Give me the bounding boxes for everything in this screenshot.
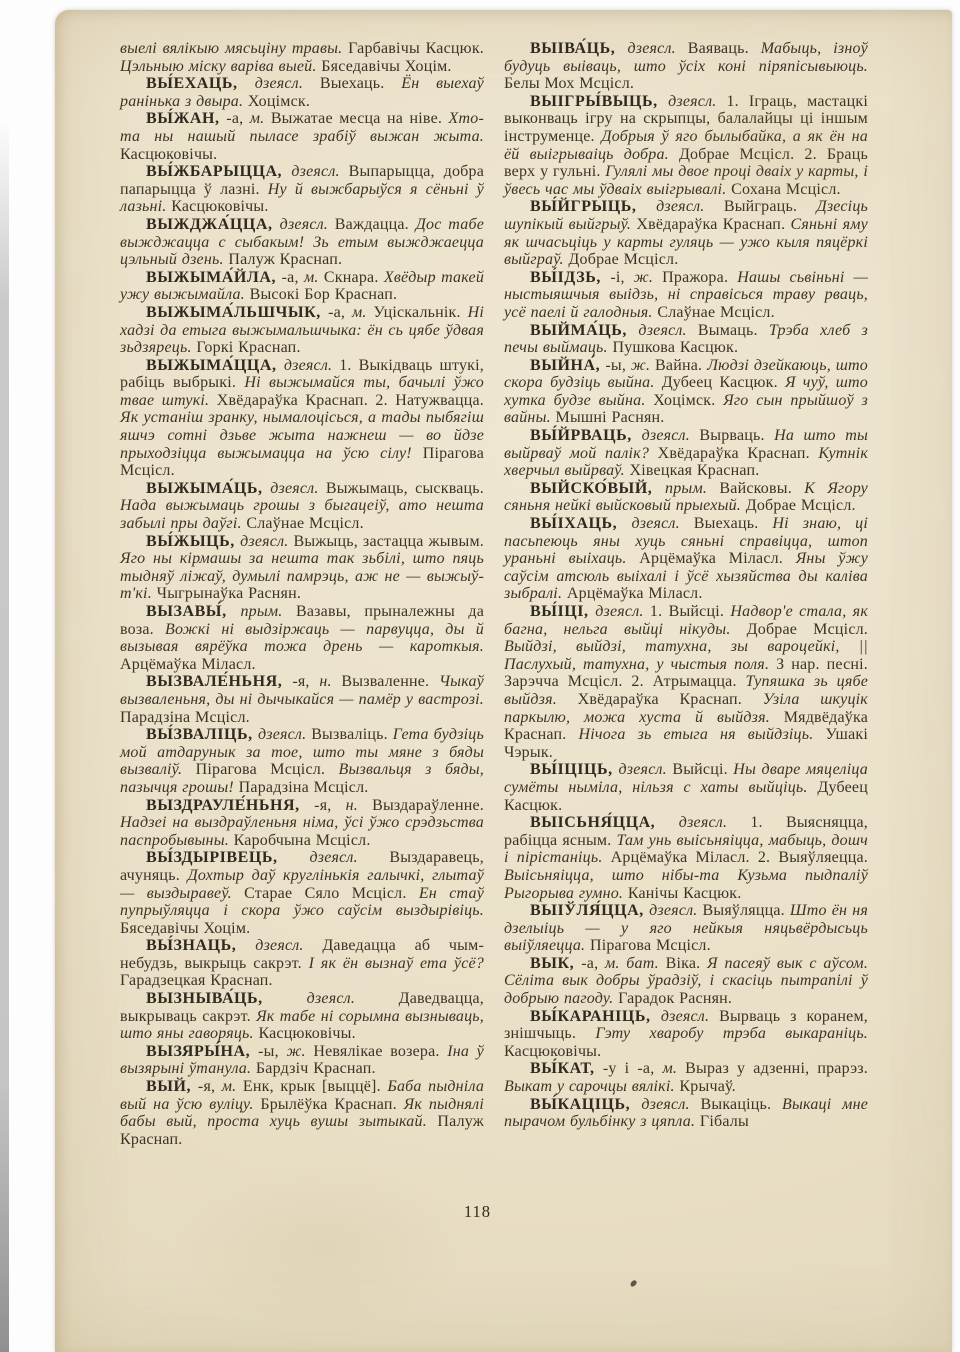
headword: ВЫЗНЫВА́ЦЬ,	[146, 990, 307, 1007]
definition-text: Касцюковічы.	[171, 198, 268, 215]
headword: ВЫЖЫМА́ЙЛА,	[146, 269, 282, 286]
definition-text: Вызваленне.	[341, 673, 439, 690]
definition-text: Скнара.	[324, 269, 384, 286]
dictionary-entry: ВЫІЎЛЯ́ЦЦА, дзеясл. Выяўляцца. Што ён ня…	[504, 902, 868, 955]
definition-text: Арцёмаўка Міласл.	[639, 550, 795, 567]
example-text: Выкат у сарочцы вялікі.	[504, 1078, 679, 1095]
example-text: дзеясл.	[631, 515, 693, 532]
definition-text: 1. Выйсці.	[650, 603, 730, 620]
definition-text: -ы,	[258, 1043, 286, 1060]
dictionary-entry: ВЫЖЫМА́ЦЬ, дзеясл. Выжымаць, сыскваць. Н…	[120, 480, 484, 533]
dictionary-entry: ВЫ́ЖБАРЫЦЦА, дзеясл. Выпарыцца, добра па…	[120, 163, 484, 216]
example-text: дзеясл.	[270, 480, 326, 497]
example-text: дзеясл.	[240, 533, 293, 550]
definition-text: -у і -а,	[603, 1060, 663, 1077]
definition-text: Ваяваць.	[688, 40, 761, 57]
dictionary-entry: ВЫ́ЙРВАЦЬ, дзеясл. Вырваць. На што ты вы…	[504, 427, 868, 480]
definition-text: Вайна.	[655, 357, 707, 374]
definition-text: Гарбавічы Касцюк.	[348, 40, 484, 57]
example-text: дзеясл.	[638, 322, 698, 339]
example-text: Нічога зь етыга ня выйдзіць.	[579, 726, 826, 743]
definition-text: Выехаць.	[694, 515, 773, 532]
example-text: дзеясл.	[291, 163, 348, 180]
dictionary-entry: ВЫЗАВЫ́, прым. Вазавы, прыналежны да воз…	[120, 603, 484, 673]
dictionary-entry: ВЫІСЬНЯ́ЦЦА, дзеясл. 1. Выясняцца, рабіц…	[504, 814, 868, 902]
definition-text: Брылёўка Краснап.	[260, 1096, 403, 1113]
example-text: дзеясл.	[641, 1096, 700, 1113]
headword: ВЫ́ЗНАЦЬ,	[146, 937, 255, 954]
dictionary-entry: ВЫ́ІЦІ, дзеясл. 1. Выйсці. Надвор'е стал…	[504, 603, 868, 761]
example-text: Гэту хваробу трэба выкараніць.	[595, 1025, 868, 1042]
definition-text: Невялікае возера.	[313, 1043, 447, 1060]
dictionary-entry: ВЫЙМА́ЦЬ, дзеясл. Вымаць. Трэба хлеб з п…	[504, 322, 868, 357]
example-text: дзеясл.	[280, 216, 335, 233]
definition-text: Вымаць.	[698, 322, 769, 339]
definition-text: Мышні Раснян.	[556, 409, 665, 426]
definition-text: Гарадок Раснян.	[618, 990, 732, 1007]
example-text: дзеясл.	[595, 603, 650, 620]
definition-text: Слаўнае Мсцісл.	[657, 304, 774, 321]
dictionary-entry: ВЫЗНЫВА́ЦЬ, дзеясл. Даведвацца, выкрывац…	[120, 990, 484, 1043]
example-text: ж.	[286, 1043, 313, 1060]
example-text: дзеясл.	[668, 93, 726, 110]
example-text: м.	[352, 304, 373, 321]
example-text: дзеясл.	[628, 40, 688, 57]
headword: ВЫ́ЖАН,	[146, 110, 226, 127]
definition-text: Выйсці.	[672, 761, 733, 778]
dictionary-entry: ВЫЙНА́, -ы, ж. Вайна. Людзі дзейкаюць, ш…	[504, 357, 868, 427]
headword: ВЫ́ЖЫЦЬ,	[146, 533, 240, 550]
headword: ВЫ́ЙГРЫЦЬ,	[530, 198, 656, 215]
headword: ВЫ́ІЦІЦЬ,	[530, 761, 619, 778]
headword: ВЫК,	[530, 955, 581, 972]
example-text: Вожкі ні выдзіржаць — парвуцца, ды й выз…	[120, 621, 484, 656]
dictionary-entry: ВЫ́КАЦІЦЬ, дзеясл. Выкаціць. Выкаці мне …	[504, 1096, 868, 1131]
definition-text: Хівецкая Краснап.	[630, 462, 760, 479]
definition-text: Гарадзецкая Краснап.	[120, 972, 273, 989]
headword: ВЫІЎЛЯ́ЦЦА,	[530, 902, 649, 919]
headword: ВЫЖЫМА́ЦЦА,	[146, 357, 284, 374]
example-text: дзеясл.	[642, 427, 700, 444]
dictionary-entry: ВЫ́ЗВАЛІЦЬ, дзеясл. Вызваліць. Гета будз…	[120, 726, 484, 796]
example-text: м.	[662, 1060, 685, 1077]
example-text: прым.	[665, 480, 719, 497]
definition-text: -а,	[282, 269, 304, 286]
dictionary-entry: ВЫ́ЕХАЦЬ, дзеясл. Выехаць. Ён выехаў ран…	[120, 75, 484, 110]
dictionary-entry: ВЫ́КАРАНІЦЬ, дзеясл. Вырваць з коранем, …	[504, 1008, 868, 1061]
definition-text: Выжымаць, сыскваць.	[326, 480, 484, 497]
paper-stain	[175, 1160, 475, 1330]
example-text: м.	[304, 269, 324, 286]
headword: ВЫЗВАЛЕ́НЬНЯ,	[146, 673, 292, 690]
example-text: дзеясл.	[284, 357, 339, 374]
headword: ВЫЖДЖА́ЦЦА,	[146, 216, 280, 233]
ink-speck	[629, 1279, 637, 1288]
definition-text: Выйграць.	[724, 198, 817, 215]
definition-text: Парадзіна Мсцісл.	[239, 779, 369, 796]
definition-text: Каробчына Мсцісл.	[234, 832, 371, 849]
definition-text: Касцюковічы.	[120, 146, 217, 163]
definition-text: Выраз у адзенні, прарэз.	[685, 1060, 868, 1077]
headword: ВЫ́ЗВАЛІЦЬ,	[146, 726, 258, 743]
dictionary-entry: ВЫ́ІЦІЦЬ, дзеясл. Выйсці. Ны дваре мяцел…	[504, 761, 868, 814]
headword: ВЫ́КАЦІЦЬ,	[530, 1096, 641, 1113]
definition-text: Енк, крык [выццё].	[243, 1078, 387, 1095]
dictionary-entry: ВЫЙ, -я, м. Енк, крык [выццё]. Баба пыдн…	[120, 1078, 484, 1148]
headword: ВЫЙ,	[146, 1078, 198, 1095]
headword: ВЫЗЯРЫ́НА,	[146, 1043, 258, 1060]
definition-text: Высокі Бор Краснап.	[250, 286, 398, 303]
definition-text: Горкі Краснап.	[196, 339, 300, 356]
dictionary-entry: ВЫ́ЗНАЦЬ, дзеясл. Даведацца аб чым-небуд…	[120, 937, 484, 990]
definition-text: Добрае Мсцісл.	[747, 621, 868, 638]
dictionary-entry: ВЫК, -а, м. бат. Віка. Я пасеяў вык с аў…	[504, 955, 868, 1008]
example-text: м.	[250, 110, 271, 127]
scan-edge-strip	[0, 120, 9, 1352]
example-text: м. бат.	[605, 955, 666, 972]
dictionary-entry: ВЫЗВАЛЕ́НЬНЯ, -я, н. Вызваленне. Чыкаў в…	[120, 673, 484, 726]
definition-text: Слаўнае Мсцісл.	[246, 515, 363, 532]
dictionary-entry: ВЫ́ЖЫЦЬ, дзеясл. Выжыць, застацца жывым.…	[120, 533, 484, 603]
example-text: дзеясл.	[307, 990, 399, 1007]
headword: ВЫ́ІХАЦЬ,	[530, 515, 631, 532]
definition-text: Хоцімск.	[653, 392, 723, 409]
definition-text: Хвёдараўка Краснап.	[636, 216, 790, 233]
example-text: н.	[319, 673, 341, 690]
definition-text: Вырваць.	[699, 427, 774, 444]
headword: ВЫ́ІЦІ,	[530, 603, 595, 620]
dictionary-entry: ВЫ́ІХАЦЬ, дзеясл. Выехаць. Ні знаю, ці п…	[504, 515, 868, 603]
definition-text: Пірагова Мсцісл.	[196, 761, 339, 778]
dictionary-entry: ВЫ́ЙГРЫЦЬ, дзеясл. Выйграць. Дзесіць шуп…	[504, 198, 868, 268]
definition-text: Вызваліць.	[311, 726, 393, 743]
example-text: ж.	[631, 357, 655, 374]
example-text: дзеясл.	[619, 761, 673, 778]
headword: ВЫЙНА́,	[530, 357, 605, 374]
example-text: дзеясл.	[656, 198, 724, 215]
definition-text: Уціскальнік.	[373, 304, 467, 321]
definition-text: -я,	[198, 1078, 222, 1095]
definition-text: Арцёмаўка Міласл. 2. Выяўляецца.	[611, 849, 868, 866]
definition-text: Касцюковічы.	[258, 1025, 355, 1042]
definition-text: Пірагова Мсцісл.	[590, 937, 711, 954]
definition-text: Касцюковічы.	[504, 1043, 601, 1060]
definition-text: Хвёдараўка Краснап. 2. Натужвацца.	[217, 392, 484, 409]
definition-text: Важдацца.	[335, 216, 416, 233]
headword: ВЫ́ІДЗЬ,	[530, 269, 610, 286]
dictionary-entry: ВЫЙСКО́ВЫЙ, прым. Вайсковы. К Ягору сянь…	[504, 480, 868, 515]
headword: ВЫ́ЖБАРЫЦЦА,	[146, 163, 291, 180]
headword: ВЫ́КАТ,	[530, 1060, 603, 1077]
page-number: 118	[55, 1202, 900, 1222]
dictionary-entry: ВЫІВА́ЦЬ, дзеясл. Ваяваць. Мабыць, ізноў…	[504, 40, 868, 93]
example-text: м.	[222, 1078, 243, 1095]
definition-text: Пражора.	[662, 269, 737, 286]
definition-text: -ы,	[605, 357, 631, 374]
definition-text: Хоцімск.	[248, 93, 310, 110]
definition-text: Парадзіна Мсцісл.	[120, 709, 250, 726]
definition-text: Бяседавічы Хоцім.	[321, 58, 451, 75]
headword: ВЫ́ЗДЫРІВЕЦЬ,	[146, 849, 309, 866]
definition-text: -і,	[610, 269, 633, 286]
example-text: выелі вялікыю мясьціну травы.	[120, 40, 348, 57]
headword: ВЫ́КАРАНІЦЬ,	[530, 1008, 661, 1025]
example-text: дзеясл.	[649, 902, 702, 919]
definition-text: Вайсковы.	[719, 480, 804, 497]
column-right: ВЫІВА́ЦЬ, дзеясл. Ваяваць. Мабыць, ізноў…	[504, 40, 868, 1148]
headword: ВЫЗДРАУЛЕ́НЬНЯ,	[146, 797, 314, 814]
definition-text: Старае Сяло Мсцісл.	[244, 885, 419, 902]
definition-text: Арцёмаўка Міласл.	[120, 656, 256, 673]
definition-text: Выжыць, застацца жывым.	[293, 533, 484, 550]
headword: ВЫЖЫМА́ЦЬ,	[146, 480, 270, 497]
example-text: дзеясл.	[255, 75, 320, 92]
dictionary-entry: ВЫІГРЫ́ВЫЦЬ, дзеясл. 1. Іграць, мастацкі…	[504, 93, 868, 199]
definition-text: Палуж Краснап.	[228, 251, 342, 268]
definition-text: Белы Мох Мсцісл.	[504, 75, 634, 92]
dictionary-entry: ВЫЗДРАУЛЕ́НЬНЯ, -я, н. Выздараўленне. На…	[120, 797, 484, 850]
definition-text: Хвёдараўка Краснап.	[658, 445, 819, 462]
definition-text: Бардзіч Краснап.	[256, 1060, 376, 1077]
dictionary-entry: ВЫЖДЖА́ЦЦА, дзеясл. Важдацца. Дос табе в…	[120, 216, 484, 269]
headword: ВЫ́ЙРВАЦЬ,	[530, 427, 642, 444]
definition-text: -а,	[581, 955, 605, 972]
definition-text: -а,	[226, 110, 249, 127]
definition-text: Дубеец Касцюк.	[662, 374, 785, 391]
definition-text: Сохана Мсцісл.	[731, 181, 841, 198]
example-text: дзеясл.	[679, 814, 751, 831]
example-text: І як ён вызнаў ета ўсё?	[309, 955, 484, 972]
example-text: прым.	[240, 603, 296, 620]
dictionary-entry: ВЫ́ІДЗЬ, -і, ж. Пражора. Нашы сьвіньні —…	[504, 269, 868, 322]
definition-text: Выздараўленне.	[372, 797, 484, 814]
definition-text: Гібалы	[700, 1113, 749, 1130]
example-text: дзеясл.	[258, 726, 311, 743]
headword: ВЫЙМА́ЦЬ,	[530, 322, 638, 339]
definition-text: Выкаціць.	[701, 1096, 783, 1113]
definition-text: Выехаць.	[320, 75, 401, 92]
definition-text: Бяседавічы Хоцім.	[120, 920, 250, 937]
definition-text: -я,	[292, 673, 319, 690]
headword: ВЫЖЫМА́ЛЬШЧЫК,	[146, 304, 328, 321]
dictionary-entry: ВЫЖЫМА́ЙЛА, -а, м. Скнара. Хвёдыр такей …	[120, 269, 484, 304]
definition-text: Крычаў.	[679, 1078, 735, 1095]
definition-text: Выяўляцца.	[703, 902, 790, 919]
example-text: дзеясл.	[309, 849, 389, 866]
example-text: ж.	[634, 269, 662, 286]
definition-text: Пушкова Касцюк.	[612, 339, 738, 356]
dictionary-entry: ВЫ́КАТ, -у і -а, м. Выраз у адзенні, пра…	[504, 1060, 868, 1095]
dictionary-entry: ВЫЗЯРЫ́НА, -ы, ж. Невялікае возера. Іна …	[120, 1043, 484, 1078]
column-left: выелі вялікыю мясьціну травы. Гарбавічы …	[120, 40, 484, 1148]
definition-text: Хвёдараўка Краснап.	[578, 691, 763, 708]
definition-text: Добрае Мсцісл.	[568, 251, 678, 268]
definition-text: -я,	[314, 797, 345, 814]
headword: ВЫ́ЕХАЦЬ,	[146, 75, 255, 92]
dictionary-entry: ВЫЖЫМА́ЛЬШЧЫК, -а, м. Уціскальнік. Ні ха…	[120, 304, 484, 357]
dictionary-entry: ВЫ́ЗДЫРІВЕЦЬ, дзеясл. Выздаравець, ачуня…	[120, 849, 484, 937]
text-block: выелі вялікыю мясьціну травы. Гарбавічы …	[55, 10, 952, 1148]
book-page: выелі вялікыю мясьціну травы. Гарбавічы …	[55, 10, 952, 1352]
dictionary-entry: выелі вялікыю мясьціну травы. Гарбавічы …	[120, 40, 484, 75]
headword: ВЫЗАВЫ́,	[146, 603, 240, 620]
headword: ВЫІГРЫ́ВЫЦЬ,	[530, 93, 668, 110]
definition-text: Віка.	[666, 955, 707, 972]
headword: ВЫІВА́ЦЬ,	[530, 40, 628, 57]
definition-text: Выжатае месца на ніве.	[271, 110, 449, 127]
definition-text: Арцёмаўка Міласл.	[567, 585, 703, 602]
headword: ВЫЙСКО́ВЫЙ,	[530, 480, 665, 497]
dictionary-entry: ВЫ́ЖАН, -а, м. Выжатае месца на ніве. Хт…	[120, 110, 484, 163]
dictionary-entry: ВЫЖЫМА́ЦЦА, дзеясл. 1. Выкідваць штукі, …	[120, 357, 484, 480]
example-text: дзеясл.	[255, 937, 322, 954]
headword: ВЫІСЬНЯ́ЦЦА,	[530, 814, 679, 831]
definition-text: Добрае Мсцісл.	[746, 497, 856, 514]
definition-text: Чыгрынаўка Раснян.	[157, 585, 301, 602]
definition-text: Канічы Касцюк.	[628, 885, 742, 902]
example-text: Цэльныю міску варіва выей.	[120, 58, 321, 75]
definition-text: -а,	[328, 304, 352, 321]
example-text: дзеясл.	[661, 1008, 719, 1025]
example-text: н.	[346, 797, 372, 814]
